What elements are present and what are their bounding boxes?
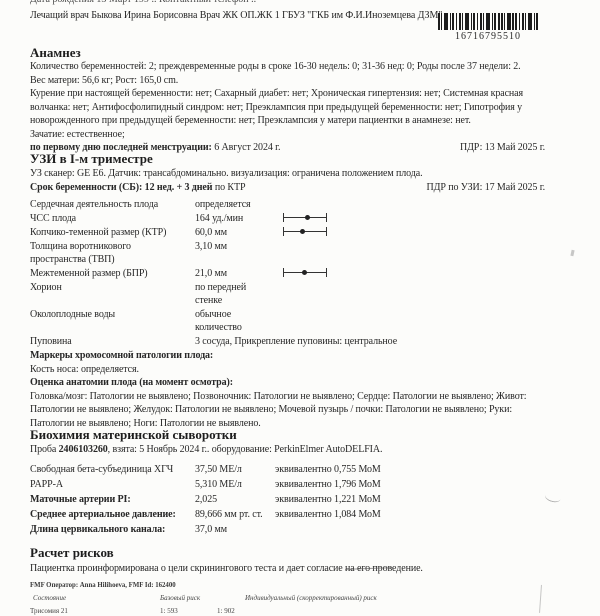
measurement-row-cardiac-activity: Сердечная деятельность плода определяетс… (30, 198, 545, 211)
sample-details: , взята: 5 Ноябрь 2024 г.. оборудование:… (108, 444, 383, 455)
measurement-value: 164 уд./мин (195, 212, 283, 225)
measurements-table: Сердечная деятельность плода определяетс… (30, 198, 545, 348)
measurement-row-crl: Копчико-теменной размер (КТР) 60,0 мм (30, 226, 545, 239)
biochem-label: Маточные артерии PI: (30, 493, 195, 506)
risk-row-state: Трисомия 21 (30, 607, 68, 615)
measurement-row-umbilical-cord: Пуповина 3 сосуда, Прикрепление пуповины… (30, 335, 545, 348)
scan-artifact (544, 490, 562, 504)
anatomy-title: Оценка анатомии плода (на момент осмотра… (30, 376, 545, 390)
biochem-value: 5,310 МЕ/л (195, 478, 275, 491)
biochem-row-uterine-artery-pi: Маточные артерии PI: 2,025 эквивалентно … (30, 493, 545, 506)
barcode-number: 16716795510 (438, 31, 538, 42)
measurement-row-bpd: Межтеменной размер (БПР) 21,0 мм (30, 267, 545, 280)
ga-label: Срок беременности (СБ): (30, 182, 142, 193)
biochem-mom: эквивалентно 1,221 МоМ (275, 493, 381, 506)
anamnesis-title: Анамнез (30, 46, 545, 60)
measurement-label: Межтеменной размер (БПР) (30, 267, 195, 280)
pregnancy-count-line: Количество беременностей: 2; преждевреме… (30, 60, 545, 74)
measurement-label: Толщина воротниковогопространства (ТВП) (30, 240, 195, 266)
ga-line: Срок беременности (СБ): 12 нед. + 3 дней… (30, 181, 245, 195)
risk-title: Расчет рисков (30, 546, 545, 560)
anatomy-findings: Головка/мозг: Патологии не выявлено; Поз… (30, 390, 545, 431)
biochem-label: PAPP-A (30, 478, 195, 491)
fmf-operator-line: FMF Оператор: Anna Hilihoeva, FMF Id: 16… (30, 581, 545, 590)
biochem-mom: эквивалентно 0,755 МоМ (275, 463, 381, 476)
section-risk-calculation: Расчет рисков Пациентка проинформирована… (30, 546, 545, 616)
section-anamnesis: Анамнез Количество беременностей: 2; пре… (30, 46, 545, 155)
biochem-value: 2,025 (195, 493, 275, 506)
risk-col-state: Состояние (33, 594, 66, 602)
section-biochemistry: Биохимия материнской сыворотки Проба 240… (30, 428, 545, 538)
sample-number: 2406103260 (59, 444, 108, 455)
biochem-row-cervical-length: Длина цервикального канала: 37,0 мм (30, 523, 545, 536)
biochem-row-papp-a: PAPP-A 5,310 МЕ/л эквивалентно 1,796 МоМ (30, 478, 545, 491)
measurement-row-amniotic-fluid: Околоплодные воды обычноеколичество (30, 308, 545, 334)
risk-col-base: Базовый риск (160, 594, 200, 602)
risk-row-individual: 1: 902 (217, 607, 235, 615)
cutoff-top-line: Дата рождения 13 Март 199 .. Контактный … (30, 0, 256, 5)
edd-us-line: ПДР по УЗИ: 17 Май 2025 г. (427, 181, 546, 195)
sample-label: Проба (30, 444, 56, 455)
biochem-value: 37,50 МЕ/л (195, 463, 275, 476)
barcode-block: 16716795510 (438, 13, 538, 42)
nasal-bone-line: Кость носа: определяется. (30, 363, 545, 377)
barcode (438, 13, 538, 30)
measurement-value: 60,0 мм (195, 226, 283, 239)
range-indicator (283, 213, 327, 223)
biochem-mom: эквивалентно 1,084 МоМ (275, 508, 381, 521)
range-indicator (283, 268, 327, 278)
scanner-line: УЗ сканер: GE E6. Датчик: трансабдоминал… (30, 167, 545, 181)
range-indicator (283, 227, 327, 237)
measurement-row-chorion: Хорион по переднейстенке (30, 281, 545, 307)
measurement-label: Сердечная деятельность плода (30, 198, 195, 211)
markers-title: Маркеры хромосомной патологии плода: (30, 349, 545, 363)
biochem-label: Среднее артериальное давление: (30, 508, 195, 521)
sample-line: Проба 2406103260, взята: 5 Ноябрь 2024 г… (30, 443, 545, 457)
measurement-value: определяется (195, 198, 283, 211)
section-ultrasound: УЗИ в I-м триместре УЗ сканер: GE E6. Да… (30, 152, 545, 430)
scanned-medical-report: Дата рождения 13 Март 199 .. Контактный … (0, 0, 600, 616)
measurement-label: Копчико-теменной размер (КТР) (30, 226, 195, 239)
biochemistry-title: Биохимия материнской сыворотки (30, 428, 545, 442)
ga-suffix: по КТР (215, 182, 246, 193)
measurement-label: Пуповина (30, 335, 195, 348)
risk-col-individual: Индивидуальный (скорректированный) риск (245, 594, 377, 602)
measurement-value: обычноеколичество (195, 308, 283, 334)
biochem-mom: эквивалентно 1,796 МоМ (275, 478, 381, 491)
risk-table: Состояние Базовый риск Индивидуальный (с… (30, 594, 545, 616)
measurement-label: Хорион (30, 281, 195, 294)
biochem-row-map: Среднее артериальное давление: 89,666 мм… (30, 508, 545, 521)
scan-artifact (570, 250, 574, 256)
risk-row-base: 1: 593 (160, 607, 178, 615)
measurement-label: Околоплодные воды (30, 308, 195, 321)
conception-line: Зачатие: естественное; (30, 128, 545, 142)
biochem-label: Свободная бета-субъединица ХГЧ (30, 463, 195, 476)
measurement-row-fhr: ЧСС плода 164 уд./мин (30, 212, 545, 225)
biochem-value: 37,0 мм (195, 523, 275, 536)
biochem-label: Длина цервикального канала: (30, 523, 195, 536)
edd-us-label: ПДР по УЗИ: (427, 182, 483, 193)
measurement-value: 3 сосуда, Прикрепление пуповины: централ… (195, 335, 283, 348)
measurement-value: 3,10 мм (195, 240, 283, 253)
consent-line: Пациентка проинформирована о цели скрини… (30, 562, 545, 576)
measurement-value: 21,0 мм (195, 267, 283, 280)
mother-stats-line: Вес матери: 56,6 кг; Рост: 165,0 cm. (30, 74, 545, 88)
measurement-label: ЧСС плода (30, 212, 195, 225)
edd-us-value: 17 Май 2025 г. (485, 182, 545, 193)
attending-doctor-line: Лечащий врач Быкова Ирина Борисовна Врач… (30, 10, 442, 21)
biochemistry-table: Свободная бета-субъединица ХГЧ 37,50 МЕ/… (30, 463, 545, 536)
ga-edd-row: Срок беременности (СБ): 12 нед. + 3 дней… (30, 181, 545, 195)
ultrasound-title: УЗИ в I-м триместре (30, 152, 545, 166)
measurement-row-nt: Толщина воротниковогопространства (ТВП) … (30, 240, 545, 266)
ga-value: 12 нед. + 3 дней (145, 182, 213, 193)
risk-factors-line: Курение при настоящей беременности: нет;… (30, 87, 545, 128)
biochem-row-free-beta-hcg: Свободная бета-субъединица ХГЧ 37,50 МЕ/… (30, 463, 545, 476)
biochem-value: 89,666 мм рт. ст. (195, 508, 275, 521)
measurement-value: по переднейстенке (195, 281, 283, 307)
